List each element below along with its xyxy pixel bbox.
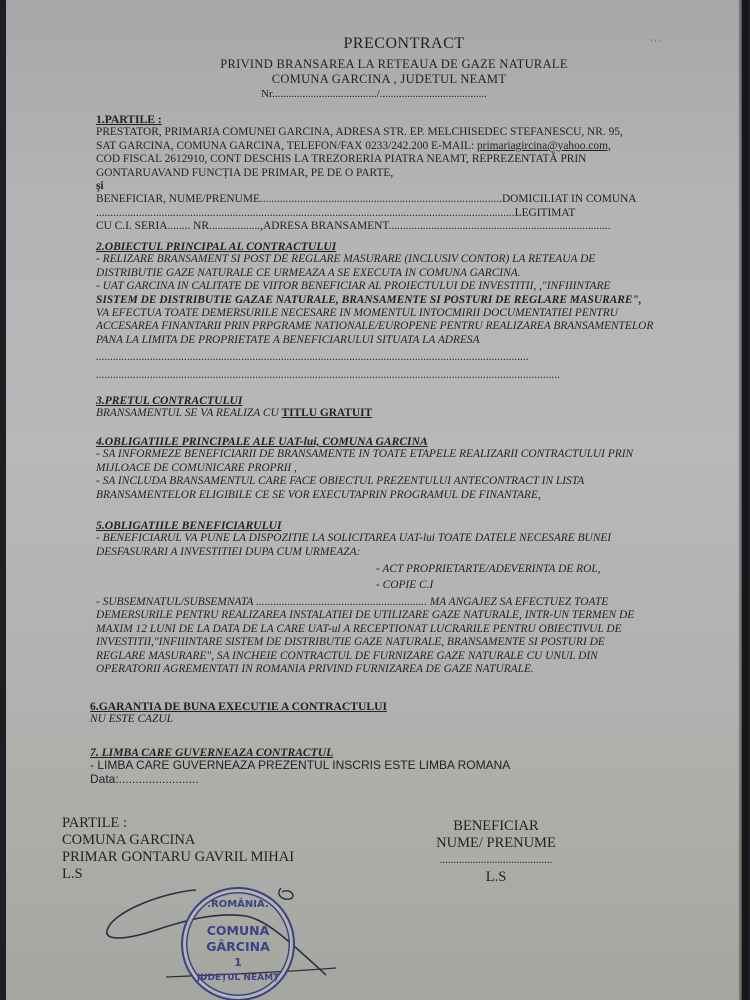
text-line: - LIMBA CARE GUVERNEAZA PREZENTUL INSCRI… (90, 759, 702, 772)
section-title: 6.GARANTIA DE BUNA EXECUTIE A CONTRACTUL… (90, 700, 702, 713)
text-line: - RELIZARE BRANSAMENT SI POST DE REGLARE… (96, 253, 708, 266)
section-title: 1.PARTILE : (96, 113, 708, 126)
section-uat-obligations: 4.OBLIGATIILE PRINCIPALE ALE UAT-lui, CO… (96, 435, 708, 502)
signature-block-left: PARTILE : COMUNA GARCINA PRIMAR GONTARU … (62, 815, 294, 883)
stamp-country: .ROMÂNIA. (183, 899, 293, 910)
address-field: ........................................… (96, 351, 708, 364)
document-subtitle-2: COMUNA GARCINA , JUDETUL NEAMT (21, 72, 750, 87)
address-field: ........................................… (96, 369, 708, 382)
section-beneficiary-obligations: 5.OBLIGATIILE BENEFICIARULUI - BENEFICIA… (96, 519, 708, 676)
beneficiary-id-field: CU C.I. SERIA........ NR................… (96, 220, 708, 233)
section-title: 4.OBLIGATIILE PRINCIPALE ALE UAT-lui, CO… (96, 435, 708, 448)
required-document-item: - ACT PROPRIETARTE/ADEVERINTA DE ROL, (96, 563, 708, 576)
price-emphasis: TITLU GRATUIT (282, 407, 373, 419)
beneficiary-residence-field: ........................................… (96, 207, 708, 220)
section-price: 3.PRETUL CONTRACTULUI BRANSAMENTUL SE VA… (96, 394, 708, 421)
text-line: DESFASURARI A INVESTITIEI DUPA CUM URMEA… (96, 546, 708, 559)
stamp-line-3: 1 (183, 956, 293, 969)
date-field: Data:........................ (90, 773, 702, 786)
stamp-county: JUDEȚUL NEAMȚ (183, 973, 293, 983)
text-line: PANA LA LIMITA DE PROPRIETATE A BENEFICI… (96, 334, 708, 347)
text-line: NU ESTE CAZUL (90, 713, 702, 726)
document-subtitle-1: PRIVIND BRANSAREA LA RETEAUA DE GAZE NAT… (26, 57, 750, 72)
text-line: - SA INCLUDA BRANSAMENTUL CARE FACE OBIE… (96, 475, 708, 488)
commitment-line: OPERATORII AGREMENTATI IN ROMANIA PRIVIN… (96, 663, 708, 676)
section-language: 7. LIMBA CARE GUVERNEAZA CONTRACTUL - LI… (90, 746, 702, 786)
beneficiary-name-field: BENEFICIAR, NUME/PRENUME................… (96, 193, 708, 206)
text-line: - SA INFORMEZE BENEFICIARII DE BRANSAMEN… (96, 448, 708, 461)
document-title: PRECONTRACT (36, 35, 750, 53)
stamp-line-1: COMUNA (183, 923, 293, 938)
text-line: MIJLOACE DE COMUNICARE PROPRII , (96, 462, 708, 475)
section-parties: 1.PARTILE : PRESTATOR, PRIMARIA COMUNEI … (96, 113, 708, 234)
email-link[interactable]: primariagircina@yahoo.com, (477, 140, 611, 152)
signature-line: ........................................… (411, 852, 581, 869)
signature-line: L.S (411, 869, 581, 886)
text-line: COD FISCAL 2612910, CONT DESCHIS LA TREZ… (96, 153, 708, 166)
text-line: - UAT GARCINA IN CALITATE DE VIITOR BENE… (96, 280, 708, 293)
section-guarantee: 6.GARANTIA DE BUNA EXECUTIE A CONTRACTUL… (90, 700, 702, 727)
commitment-line: REGLARE MASURARE", SA INCHEIE CONTRACTUL… (96, 650, 708, 663)
text-line: GONTARUAVAND FUNCȚIA DE PRIMAR, PE DE O … (96, 167, 708, 180)
commitment-line: MAXIM 12 LUNI DE LA DATA DE LA CARE UAT-… (96, 623, 708, 636)
official-stamp: .ROMÂNIA. COMUNA GÂRCINA 1 JUDEȚUL NEAMȚ (181, 887, 295, 1000)
section-title: 5.OBLIGATIILE BENEFICIARULUI (96, 519, 708, 532)
section-object: 2.OBIECTUL PRINCIPAL AL CONTRACTULUI - R… (96, 240, 708, 382)
text-line: BRANSAMENTELOR ELIGIBILE CE SE VOR EXECU… (96, 489, 708, 502)
commitment-line: DEMERSURILE PENTRU REALIZAREA INSTALATIE… (96, 609, 708, 622)
required-document-item: - COPIE C.I (96, 579, 708, 592)
text-line: ACCESAREA FINANTARII PRIN PRPGRAME NATIO… (96, 320, 708, 333)
signature-line: COMUNA GARCINA (62, 832, 294, 849)
text-line-part: SAT GARCINA, COMUNA GARCINA, TELEFON/FAX… (96, 140, 477, 152)
stamp-line-2: GÂRCINA (183, 939, 293, 954)
document-number-line: Nr......................................… (6, 88, 742, 100)
text-line: şi (96, 180, 708, 193)
signature-line: NUME/ PRENUME (411, 835, 581, 852)
signature-block-right: BENEFICIAR NUME/ PRENUME ...............… (411, 818, 581, 886)
text-line: VA EFECTUA TOATE DEMERSURILE NECESARE IN… (96, 307, 708, 320)
text-line: BRANSAMENTUL SE VA REALIZA CU TITLU GRAT… (96, 407, 708, 420)
text-line: PRESTATOR, PRIMARIA COMUNEI GARCINA, ADR… (96, 126, 708, 139)
section-title: 3.PRETUL CONTRACTULUI (96, 394, 708, 407)
signature-line: BENEFICIAR (411, 818, 581, 835)
text-line: DISTRIBUTIE GAZE NATURALE CE URMEAZA A S… (96, 267, 708, 280)
text-line: SAT GARCINA, COMUNA GARCINA, TELEFON/FAX… (96, 140, 708, 153)
signature-line: PRIMAR GONTARU GAVRIL MIHAI (62, 849, 294, 866)
section-title: 2.OBIECTUL PRINCIPAL AL CONTRACTULUI (96, 240, 708, 253)
section-title: 7. LIMBA CARE GUVERNEAZA CONTRACTUL (90, 746, 702, 759)
commitment-line: INVESTITII,"INFIIINTARE SISTEM DE DISTRI… (96, 636, 708, 649)
text-line: SISTEM DE DISTRIBUTIE GAZAE NATURALE, BR… (96, 294, 708, 307)
text-line-part: BRANSAMENTUL SE VA REALIZA CU (96, 407, 282, 419)
signature-line: PARTILE : (62, 815, 294, 832)
commitment-line: - SUBSEMNATUL/SUBSEMNATA ...............… (96, 596, 708, 609)
contract-page: ' ' ' PRECONTRACT PRIVIND BRANSAREA LA R… (6, 0, 742, 1000)
text-line: - BENEFICIARUL VA PUNE LA DISPOZITIE LA … (96, 532, 708, 545)
